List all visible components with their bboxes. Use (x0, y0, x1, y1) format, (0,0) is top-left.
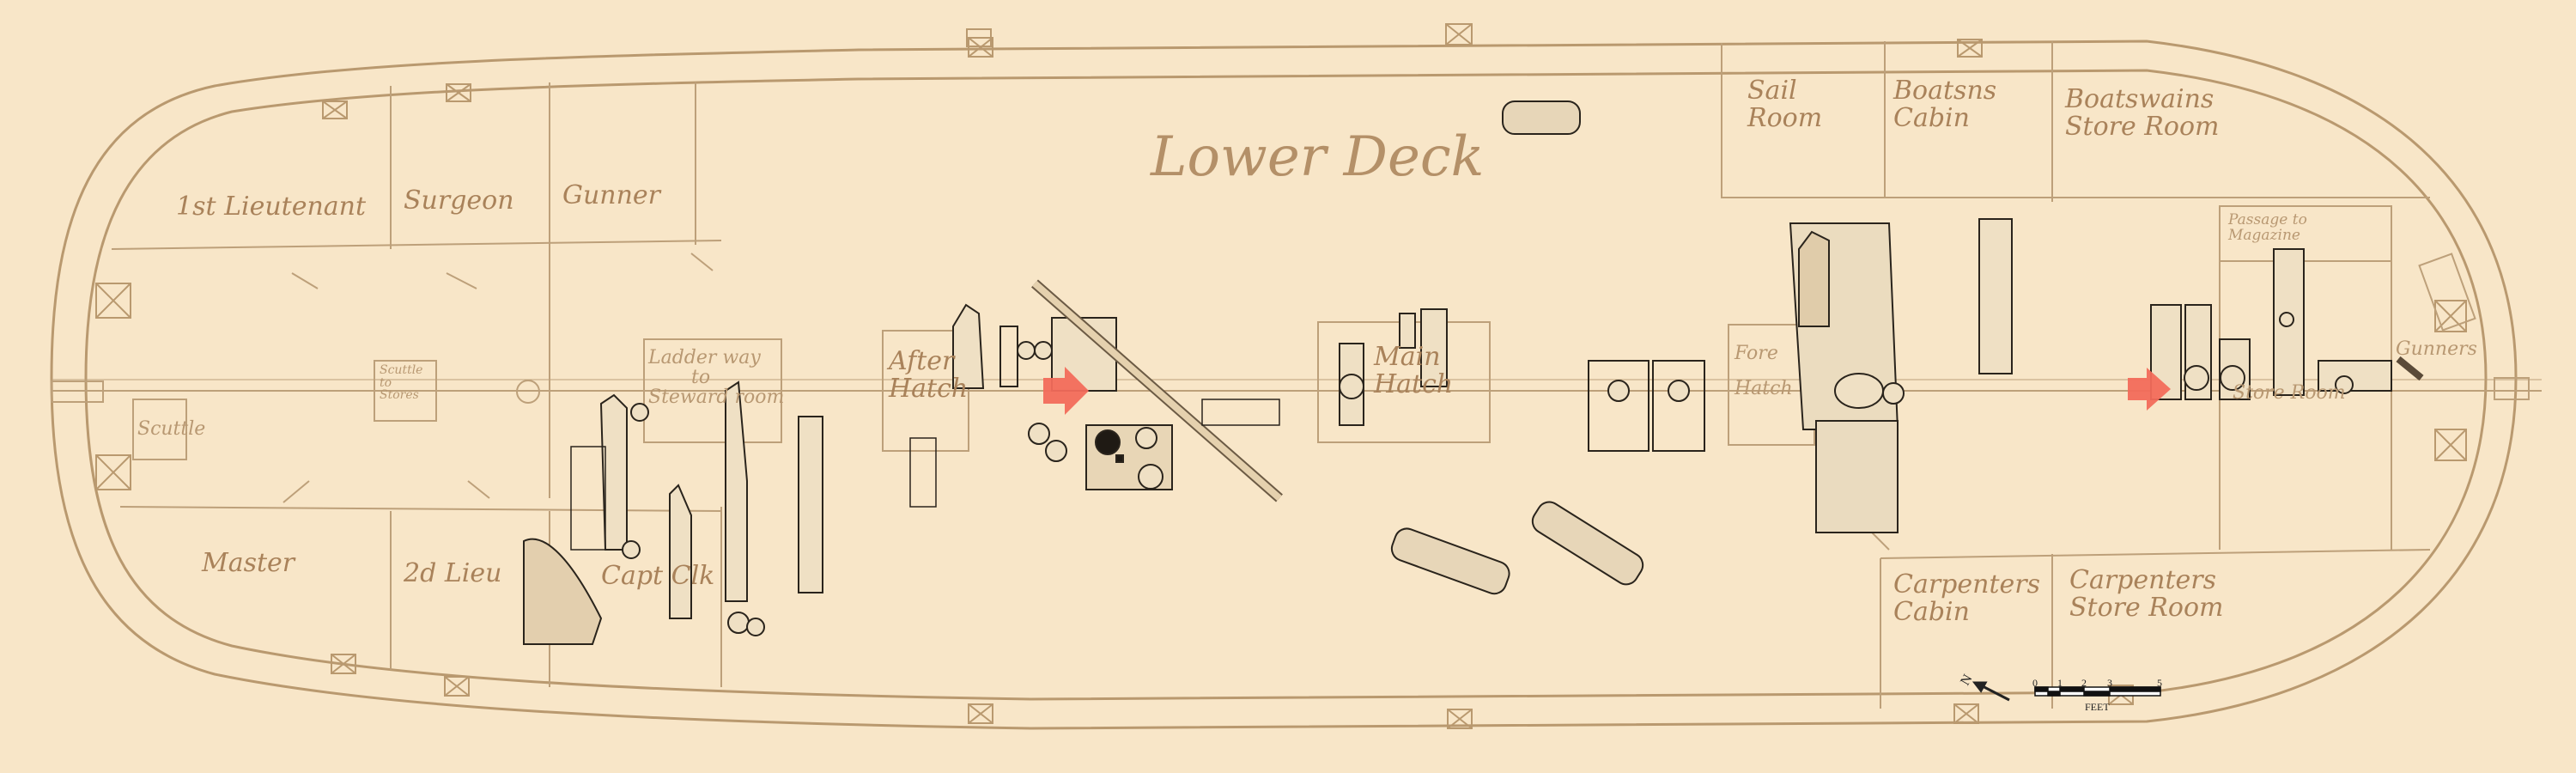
scale-tick: 0 (2032, 677, 2038, 690)
room-label-first-lieutenant: 1st Lieutenant (176, 193, 366, 221)
label-main-hatch: Main Hatch (1374, 344, 1453, 398)
room-label-gunner: Gunner (562, 182, 660, 210)
label-scuttle-stern: Scuttle (137, 419, 205, 439)
label-line: Fore (1735, 344, 1793, 363)
label-line: Store Room (2069, 594, 2223, 622)
scale-tick: 5 (2157, 677, 2162, 690)
room-label-sail-room: Sail Room (1747, 77, 1822, 131)
cannon-3 (1503, 101, 1580, 134)
label-line: Boatsns (1893, 77, 1996, 105)
label-scuttle-to-stores: Scuttle to Stores (380, 364, 422, 402)
label-gunners-store-room: Gunners Store Room (2233, 339, 2477, 403)
label-line: Store Room (2065, 113, 2219, 141)
scale-unit: FEET (2085, 701, 2110, 714)
scale-bar-labels: 0 1 2 3 5 FEET (2035, 679, 2164, 713)
label-line: Scuttle (380, 364, 422, 377)
label-line: Cabin (1893, 599, 2040, 626)
label-line: Gunners (2233, 339, 2477, 359)
label-line: Boatswains (2065, 86, 2219, 113)
label-line: After (889, 348, 968, 375)
label-line: Magazine (2228, 228, 2307, 244)
label-line: Room (1747, 105, 1822, 132)
label-line: Hatch (1735, 379, 1793, 399)
label-line: Carpenters (2069, 567, 2223, 594)
room-label-surgeon: Surgeon (404, 187, 514, 215)
label-line: Store Room (2233, 383, 2477, 403)
label-line: Hatch (889, 375, 968, 403)
label-line: Stores (380, 389, 422, 402)
label-line: Sail (1747, 77, 1822, 105)
room-label-boatswains-cabin: Boatsns Cabin (1893, 77, 1996, 131)
label-line: to (380, 377, 422, 390)
room-label-master: Master (202, 550, 295, 577)
scale-tick: 3 (2107, 677, 2112, 690)
label-line: Main (1374, 344, 1453, 371)
north-arrow-icon (1975, 683, 2009, 700)
scale-tick: 1 (2057, 677, 2063, 690)
cannon-1 (1388, 526, 1513, 598)
label-after-hatch: After Hatch (889, 348, 968, 402)
scale-tick: 2 (2081, 677, 2087, 690)
label-ladder-way: Ladder way to Steward room (648, 348, 784, 407)
label-line: Ladder way (648, 348, 784, 368)
label-line: Steward room (648, 387, 784, 407)
label-line: to (648, 368, 784, 387)
label-line: Carpenters (1893, 571, 2040, 599)
label-line: Cabin (1893, 105, 1996, 132)
label-passage-to-magazine: Passage to Magazine (2228, 213, 2307, 244)
room-label-boatswains-store-room: Boatswains Store Room (2065, 86, 2219, 140)
room-label-carpenters-store-room: Carpenters Store Room (2069, 567, 2223, 621)
cannon-2 (1528, 497, 1648, 588)
room-label-carpenters-cabin: Carpenters Cabin (1893, 571, 2040, 625)
label-line: Hatch (1374, 371, 1453, 399)
label-fore-hatch: Fore Hatch (1735, 344, 1793, 399)
timber-group-centerline (1589, 361, 1704, 451)
timber-group-fore (1790, 219, 2012, 533)
room-label-capt-clk: Capt Clk (601, 563, 714, 590)
page-title: Lower Deck (1151, 129, 1484, 186)
timber-group-stern (524, 382, 823, 644)
room-label-second-lieutenant: 2d Lieu (404, 560, 501, 587)
